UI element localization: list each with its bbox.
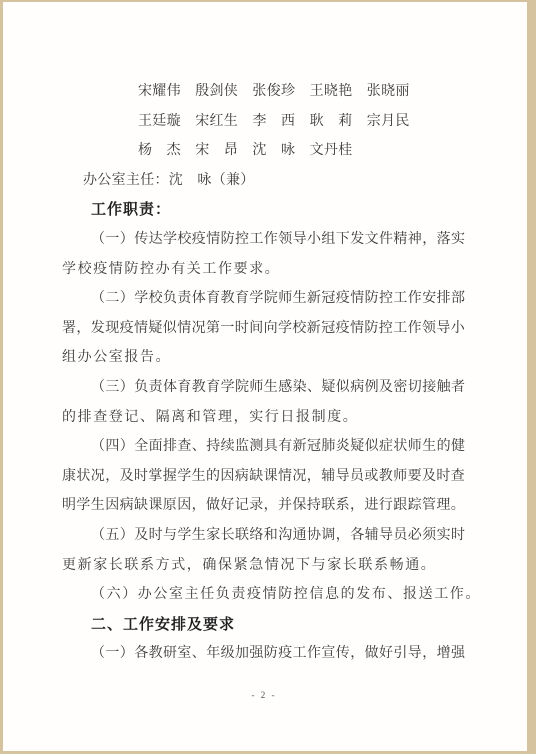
text-line: 更新家长联系方式，确保紧急情况下与家长联系畅通。	[62, 551, 466, 581]
text-line: （四）全面排查、持续监测具有新冠肺炎疑似症状师生的健	[62, 432, 466, 462]
text-line: 宋耀伟 殷剑侠 张俊珍 王晓艳 张晓丽	[138, 77, 466, 107]
text-line: （三）负责体育教育学院师生感染、疑似病例及密切接触者	[62, 373, 466, 403]
text-line: 组办公室报告。	[62, 343, 466, 373]
text-line: 学校疫情防控办有关工作要求。	[62, 255, 466, 285]
text-line: 王廷璇 宋红生 李 西 耿 莉 宗月民	[138, 107, 466, 137]
text-line: 杨 杰 宋 昂 沈 咏 文丹桂	[138, 136, 466, 166]
page-number: - 2 -	[62, 685, 466, 705]
document-page: 宋耀伟 殷剑侠 张俊珍 王晓艳 张晓丽王廷璇 宋红生 李 西 耿 莉 宗月民杨 …	[3, 2, 527, 751]
text-line: （二）学校负责体育教育学院师生新冠疫情防控工作安排部	[62, 284, 466, 314]
document-body: 宋耀伟 殷剑侠 张俊珍 王晓艳 张晓丽王廷璇 宋红生 李 西 耿 莉 宗月民杨 …	[62, 77, 466, 669]
text-line: 的排查登记、隔离和管理，实行日报制度。	[62, 403, 466, 433]
text-line: （六）办公室主任负责疫情防控信息的发布、报送工作。	[62, 580, 466, 610]
text-line: 二、工作安排及要求	[91, 610, 466, 640]
text-line: 工作职责：	[91, 195, 466, 225]
text-line: （一）各教研室、年级加强防疫工作宣传，做好引导，增强	[62, 639, 466, 669]
text-line: （五）及时与学生家长联络和沟通协调，各辅导员必须实时	[62, 521, 466, 551]
page-content: 宋耀伟 殷剑侠 张俊珍 王晓艳 张晓丽王廷璇 宋红生 李 西 耿 莉 宗月民杨 …	[62, 77, 466, 705]
scanned-document-screenshot: { "colors": { "scan_border": "#d4c39e", …	[0, 0, 536, 754]
text-line: 康状况，及时掌握学生的因病缺课情况，辅导员或教师要及时查	[62, 462, 466, 492]
text-line: 署，发现疫情疑似情况第一时间向学校新冠疫情防控工作领导小	[62, 314, 466, 344]
text-line: 办公室主任：沈 咏（兼）	[83, 166, 466, 196]
text-line: （一）传达学校疫情防控工作领导小组下发文件精神，落实	[62, 225, 466, 255]
text-line: 明学生因病缺课原因，做好记录，并保持联系，进行跟踪管理。	[62, 491, 466, 521]
